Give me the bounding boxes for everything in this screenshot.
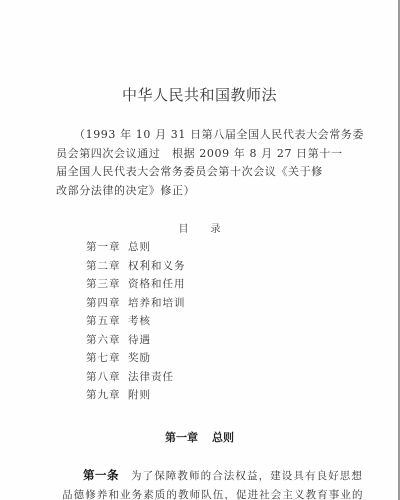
- preamble-line: （1993 年 10 月 31 日第八届全国人民代表大会常务委: [56, 126, 346, 145]
- toc-heading-left: 目: [179, 222, 189, 238]
- article-number: 第一条: [83, 468, 119, 482]
- toc-chapter-title: 奖励: [128, 352, 151, 364]
- preamble-paragraph: （1993 年 10 月 31 日第八届全国人民代表大会常务委 员会第四次会议通…: [56, 126, 346, 201]
- toc-chapter-number: 第九章: [86, 386, 128, 405]
- toc-chapter-number: 第八章: [86, 368, 128, 387]
- toc-chapter-number: 第三章: [86, 275, 128, 294]
- toc-chapter-title: 总则: [128, 241, 151, 253]
- toc-chapter-title: 考核: [128, 315, 151, 327]
- toc-heading: 目录: [0, 222, 399, 238]
- toc-entry[interactable]: 第一章总则: [86, 238, 186, 257]
- toc-chapter-title: 权利和义务: [128, 260, 186, 272]
- toc-chapter-number: 第六章: [86, 331, 128, 350]
- article-paragraph: 第一条为了保障教师的合法权益，建设具有良好思想 品德修养和业务素质的教师队伍，促…: [62, 466, 342, 500]
- toc-chapter-title: 附则: [128, 389, 151, 401]
- toc-entry[interactable]: 第七章奖励: [86, 349, 186, 368]
- toc-entry[interactable]: 第三章资格和任用: [86, 275, 186, 294]
- preamble-line: 改部分法律的决定》修正）: [56, 182, 346, 201]
- preamble-line: 届全国人民代表大会常务委员会第十次会议《关于修: [56, 163, 346, 182]
- article-line: 第一条为了保障教师的合法权益，建设具有良好思想: [62, 466, 342, 486]
- article-line: 品德修养和业务素质的教师队伍，促进社会主义教育事业的: [62, 486, 342, 500]
- chapter-title: 总则: [212, 431, 234, 444]
- document-title: 中华人民共和国教师法: [0, 85, 399, 105]
- chapter-heading: 第一章总则: [0, 429, 399, 447]
- toc-entry[interactable]: 第二章权利和义务: [86, 257, 186, 276]
- toc-chapter-number: 第二章: [86, 257, 128, 276]
- toc-entry[interactable]: 第九章附则: [86, 386, 186, 405]
- preamble-line: 员会第四次会议通过 根据 2009 年 8 月 27 日第十一: [56, 145, 346, 164]
- toc-chapter-title: 法律责任: [128, 371, 174, 383]
- chapter-number: 第一章: [165, 431, 198, 444]
- toc-chapter-number: 第五章: [86, 312, 128, 331]
- toc-heading-right: 录: [211, 222, 221, 238]
- toc-entry[interactable]: 第六章待遇: [86, 331, 186, 350]
- toc-entry[interactable]: 第四章培养和培训: [86, 294, 186, 313]
- toc-entry[interactable]: 第八章法律责任: [86, 368, 186, 387]
- toc-chapter-number: 第一章: [86, 238, 128, 257]
- toc-chapter-number: 第四章: [86, 294, 128, 313]
- toc-entry[interactable]: 第五章考核: [86, 312, 186, 331]
- toc-chapter-title: 培养和培训: [128, 297, 186, 309]
- article-text: 为了保障教师的合法权益，建设具有良好思想: [131, 470, 363, 482]
- table-of-contents: 第一章总则 第二章权利和义务 第三章资格和任用 第四章培养和培训 第五章考核 第…: [86, 238, 186, 405]
- toc-chapter-title: 资格和任用: [128, 278, 186, 290]
- toc-chapter-title: 待遇: [128, 334, 151, 346]
- toc-chapter-number: 第七章: [86, 349, 128, 368]
- document-page: 中华人民共和国教师法 （1993 年 10 月 31 日第八届全国人民代表大会常…: [0, 0, 399, 500]
